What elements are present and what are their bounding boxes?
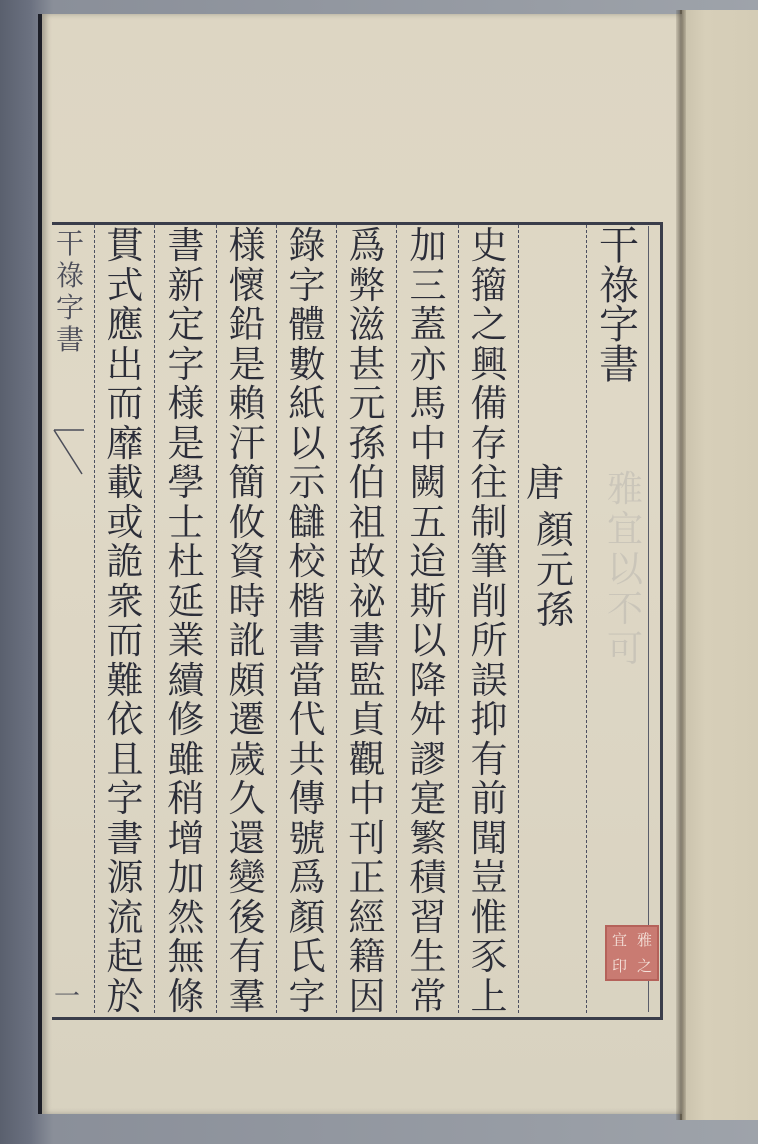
book-title: 干祿字書 bbox=[590, 226, 648, 384]
character: 籀 bbox=[471, 266, 508, 306]
character: 當 bbox=[289, 661, 326, 701]
character: 士 bbox=[168, 503, 205, 543]
character: 汗 bbox=[229, 424, 266, 464]
character: 斯 bbox=[410, 582, 447, 622]
character: 興 bbox=[471, 345, 508, 385]
character: 寔 bbox=[410, 779, 447, 819]
character: 書 bbox=[168, 226, 205, 266]
character: 字 bbox=[107, 779, 144, 819]
character: 氏 bbox=[289, 937, 326, 977]
character: 歲 bbox=[229, 740, 266, 780]
spine-shadow bbox=[676, 10, 686, 1120]
character: 錄 bbox=[289, 226, 326, 266]
character: 祕 bbox=[349, 582, 386, 622]
character: 削 bbox=[471, 582, 508, 622]
column-rule bbox=[518, 225, 519, 1013]
author-name: 顏元孫 bbox=[526, 510, 584, 630]
character: 筆 bbox=[471, 542, 508, 582]
character: 亦 bbox=[410, 345, 447, 385]
seal-char: 雅 bbox=[632, 932, 657, 948]
character: 出 bbox=[107, 345, 144, 385]
column-rule bbox=[396, 225, 397, 1013]
column-rule bbox=[458, 225, 459, 1013]
character: 訛 bbox=[229, 621, 266, 661]
character: 共 bbox=[289, 740, 326, 780]
character: 上 bbox=[471, 977, 508, 1017]
character: 謬 bbox=[410, 740, 447, 780]
character: 學 bbox=[168, 463, 205, 503]
character: 生 bbox=[410, 937, 447, 977]
column-rule bbox=[276, 225, 277, 1013]
character: 羣 bbox=[229, 977, 266, 1017]
text-column-8: 書新定字様是學士杜延業續修雖稍增加然無條 bbox=[157, 226, 215, 1016]
character: 增 bbox=[168, 819, 205, 859]
character: 源 bbox=[107, 858, 144, 898]
character: 習 bbox=[410, 898, 447, 938]
character: 舛 bbox=[410, 700, 447, 740]
character: 新 bbox=[168, 266, 205, 306]
character: 號 bbox=[289, 819, 326, 859]
character: 以 bbox=[410, 621, 447, 661]
character: 中 bbox=[410, 424, 447, 464]
character: 伯 bbox=[349, 463, 386, 503]
character: 滋 bbox=[349, 305, 386, 345]
character: 弊 bbox=[349, 266, 386, 306]
character: 業 bbox=[168, 621, 205, 661]
character: 數 bbox=[289, 345, 326, 385]
character: 聞 bbox=[471, 819, 508, 859]
collector-seal: 宜 雅 印 之 bbox=[605, 925, 659, 981]
character: 元 bbox=[349, 384, 386, 424]
character: 式 bbox=[107, 266, 144, 306]
character: 加 bbox=[410, 226, 447, 266]
character: 元 bbox=[536, 550, 574, 590]
character: 豕 bbox=[471, 937, 508, 977]
character: 繁 bbox=[410, 819, 447, 859]
character: 書 bbox=[289, 621, 326, 661]
character: 遷 bbox=[229, 700, 266, 740]
character: 字 bbox=[599, 305, 639, 345]
character: 祿 bbox=[56, 260, 84, 292]
character: 而 bbox=[107, 621, 144, 661]
character: 鉛 bbox=[229, 305, 266, 345]
character: 所 bbox=[471, 621, 508, 661]
character: 抑 bbox=[471, 700, 508, 740]
character: 變 bbox=[229, 858, 266, 898]
character: 以 bbox=[289, 424, 326, 464]
character: 紙 bbox=[289, 384, 326, 424]
text-column-7: 様懷鉛是賴汗簡攸資時訛頗遷歲久還變後有羣 bbox=[218, 226, 276, 1016]
character: 然 bbox=[168, 898, 205, 938]
character: 示 bbox=[289, 463, 326, 503]
character: 豈 bbox=[471, 858, 508, 898]
character: 干 bbox=[599, 226, 639, 266]
column-rule bbox=[336, 225, 337, 1013]
text-column-9: 貫式應出而靡載或詭衆而難依且字書源流起於 bbox=[96, 226, 154, 1016]
character: 資 bbox=[229, 542, 266, 582]
page-number: 一 bbox=[54, 976, 80, 1013]
character: 簡 bbox=[229, 463, 266, 503]
character: 字 bbox=[56, 292, 84, 324]
fish-tail-mark-icon bbox=[52, 428, 86, 476]
character: 頗 bbox=[229, 661, 266, 701]
character: 經 bbox=[349, 898, 386, 938]
character: 干 bbox=[56, 228, 84, 260]
character: 難 bbox=[107, 661, 144, 701]
character: 貫 bbox=[107, 226, 144, 266]
character: 常 bbox=[410, 977, 447, 1017]
text-column-3: 史籀之興備存往制筆削所誤抑有前聞豈惟豕上 bbox=[460, 226, 518, 1016]
character: 起 bbox=[107, 937, 144, 977]
character: 孫 bbox=[349, 424, 386, 464]
character: 積 bbox=[410, 858, 447, 898]
margin-title: 干祿字書 bbox=[52, 228, 88, 356]
character: 延 bbox=[168, 582, 205, 622]
character: 讎 bbox=[289, 503, 326, 543]
text-column-4: 加三蓋亦馬中闕五迨斯以降舛謬寔繁積習生常 bbox=[399, 226, 457, 1016]
character: 惟 bbox=[471, 898, 508, 938]
character: 而 bbox=[107, 384, 144, 424]
character: 之 bbox=[471, 305, 508, 345]
character: 於 bbox=[107, 977, 144, 1017]
character: 流 bbox=[107, 898, 144, 938]
character: 蓋 bbox=[410, 305, 447, 345]
character: 様 bbox=[229, 226, 266, 266]
text-column-5: 爲弊滋甚元孫伯祖故祕書監貞觀中刊正經籍因 bbox=[338, 226, 396, 1016]
character: 定 bbox=[168, 305, 205, 345]
character: 迨 bbox=[410, 542, 447, 582]
character: 闕 bbox=[410, 463, 447, 503]
character: 誤 bbox=[471, 661, 508, 701]
character: 馬 bbox=[410, 384, 447, 424]
character: 時 bbox=[229, 582, 266, 622]
character: 正 bbox=[349, 858, 386, 898]
seal-char: 之 bbox=[632, 958, 657, 974]
author-dynasty: 唐 bbox=[526, 452, 564, 507]
character: 字 bbox=[289, 977, 326, 1017]
character: 體 bbox=[289, 305, 326, 345]
character: 籍 bbox=[349, 937, 386, 977]
character: 甚 bbox=[349, 345, 386, 385]
character: 衆 bbox=[107, 582, 144, 622]
character: 爲 bbox=[349, 226, 386, 266]
character: 修 bbox=[168, 700, 205, 740]
character: 是 bbox=[168, 424, 205, 464]
character: 久 bbox=[229, 779, 266, 819]
character: 書 bbox=[56, 324, 84, 356]
character: 書 bbox=[599, 345, 639, 385]
character: 加 bbox=[168, 858, 205, 898]
character: 制 bbox=[471, 503, 508, 543]
character: 存 bbox=[471, 424, 508, 464]
character: 代 bbox=[289, 700, 326, 740]
character: 字 bbox=[289, 266, 326, 306]
character: 孫 bbox=[536, 590, 574, 630]
character: 様 bbox=[168, 384, 205, 424]
character: 中 bbox=[349, 779, 386, 819]
character: 前 bbox=[471, 779, 508, 819]
character: 書 bbox=[107, 819, 144, 859]
text-column-6: 錄字體數紙以示讎校楷書當代共傳號爲顏氏字 bbox=[278, 226, 336, 1016]
character: 依 bbox=[107, 700, 144, 740]
character: 應 bbox=[107, 305, 144, 345]
character: 有 bbox=[471, 740, 508, 780]
character: 後 bbox=[229, 898, 266, 938]
character: 校 bbox=[289, 542, 326, 582]
character: 楷 bbox=[289, 582, 326, 622]
character: 往 bbox=[471, 463, 508, 503]
character: 祖 bbox=[349, 503, 386, 543]
character: 條 bbox=[168, 977, 205, 1017]
character: 杜 bbox=[168, 542, 205, 582]
character: 有 bbox=[229, 937, 266, 977]
character: 載 bbox=[107, 463, 144, 503]
character: 史 bbox=[471, 226, 508, 266]
frame-inner-line bbox=[648, 226, 649, 1012]
character: 還 bbox=[229, 819, 266, 859]
seal-char: 印 bbox=[607, 958, 632, 974]
character: 靡 bbox=[107, 424, 144, 464]
character: 備 bbox=[471, 384, 508, 424]
character: 攸 bbox=[229, 503, 266, 543]
character: 續 bbox=[168, 661, 205, 701]
character: 懷 bbox=[229, 266, 266, 306]
character: 書 bbox=[349, 621, 386, 661]
column-rule bbox=[586, 225, 587, 1013]
column-rule bbox=[216, 225, 217, 1013]
character: 傳 bbox=[289, 779, 326, 819]
character: 稍 bbox=[168, 779, 205, 819]
column-rule bbox=[94, 225, 95, 1013]
character: 貞 bbox=[349, 700, 386, 740]
column-rule bbox=[154, 225, 155, 1013]
character: 觀 bbox=[349, 740, 386, 780]
facing-page bbox=[680, 10, 758, 1120]
character: 爲 bbox=[289, 858, 326, 898]
character: 是 bbox=[229, 345, 266, 385]
character: 顏 bbox=[536, 510, 574, 550]
character: 詭 bbox=[107, 542, 144, 582]
character: 賴 bbox=[229, 384, 266, 424]
character: 五 bbox=[410, 503, 447, 543]
character: 監 bbox=[349, 661, 386, 701]
character: 三 bbox=[410, 266, 447, 306]
character: 降 bbox=[410, 661, 447, 701]
seal-char: 宜 bbox=[607, 932, 632, 948]
character: 祿 bbox=[599, 266, 639, 306]
character: 或 bbox=[107, 503, 144, 543]
character: 且 bbox=[107, 740, 144, 780]
character: 字 bbox=[168, 345, 205, 385]
character: 顏 bbox=[289, 898, 326, 938]
character: 無 bbox=[168, 937, 205, 977]
character: 雖 bbox=[168, 740, 205, 780]
character: 故 bbox=[349, 542, 386, 582]
character: 因 bbox=[349, 977, 386, 1017]
character: 刊 bbox=[349, 819, 386, 859]
